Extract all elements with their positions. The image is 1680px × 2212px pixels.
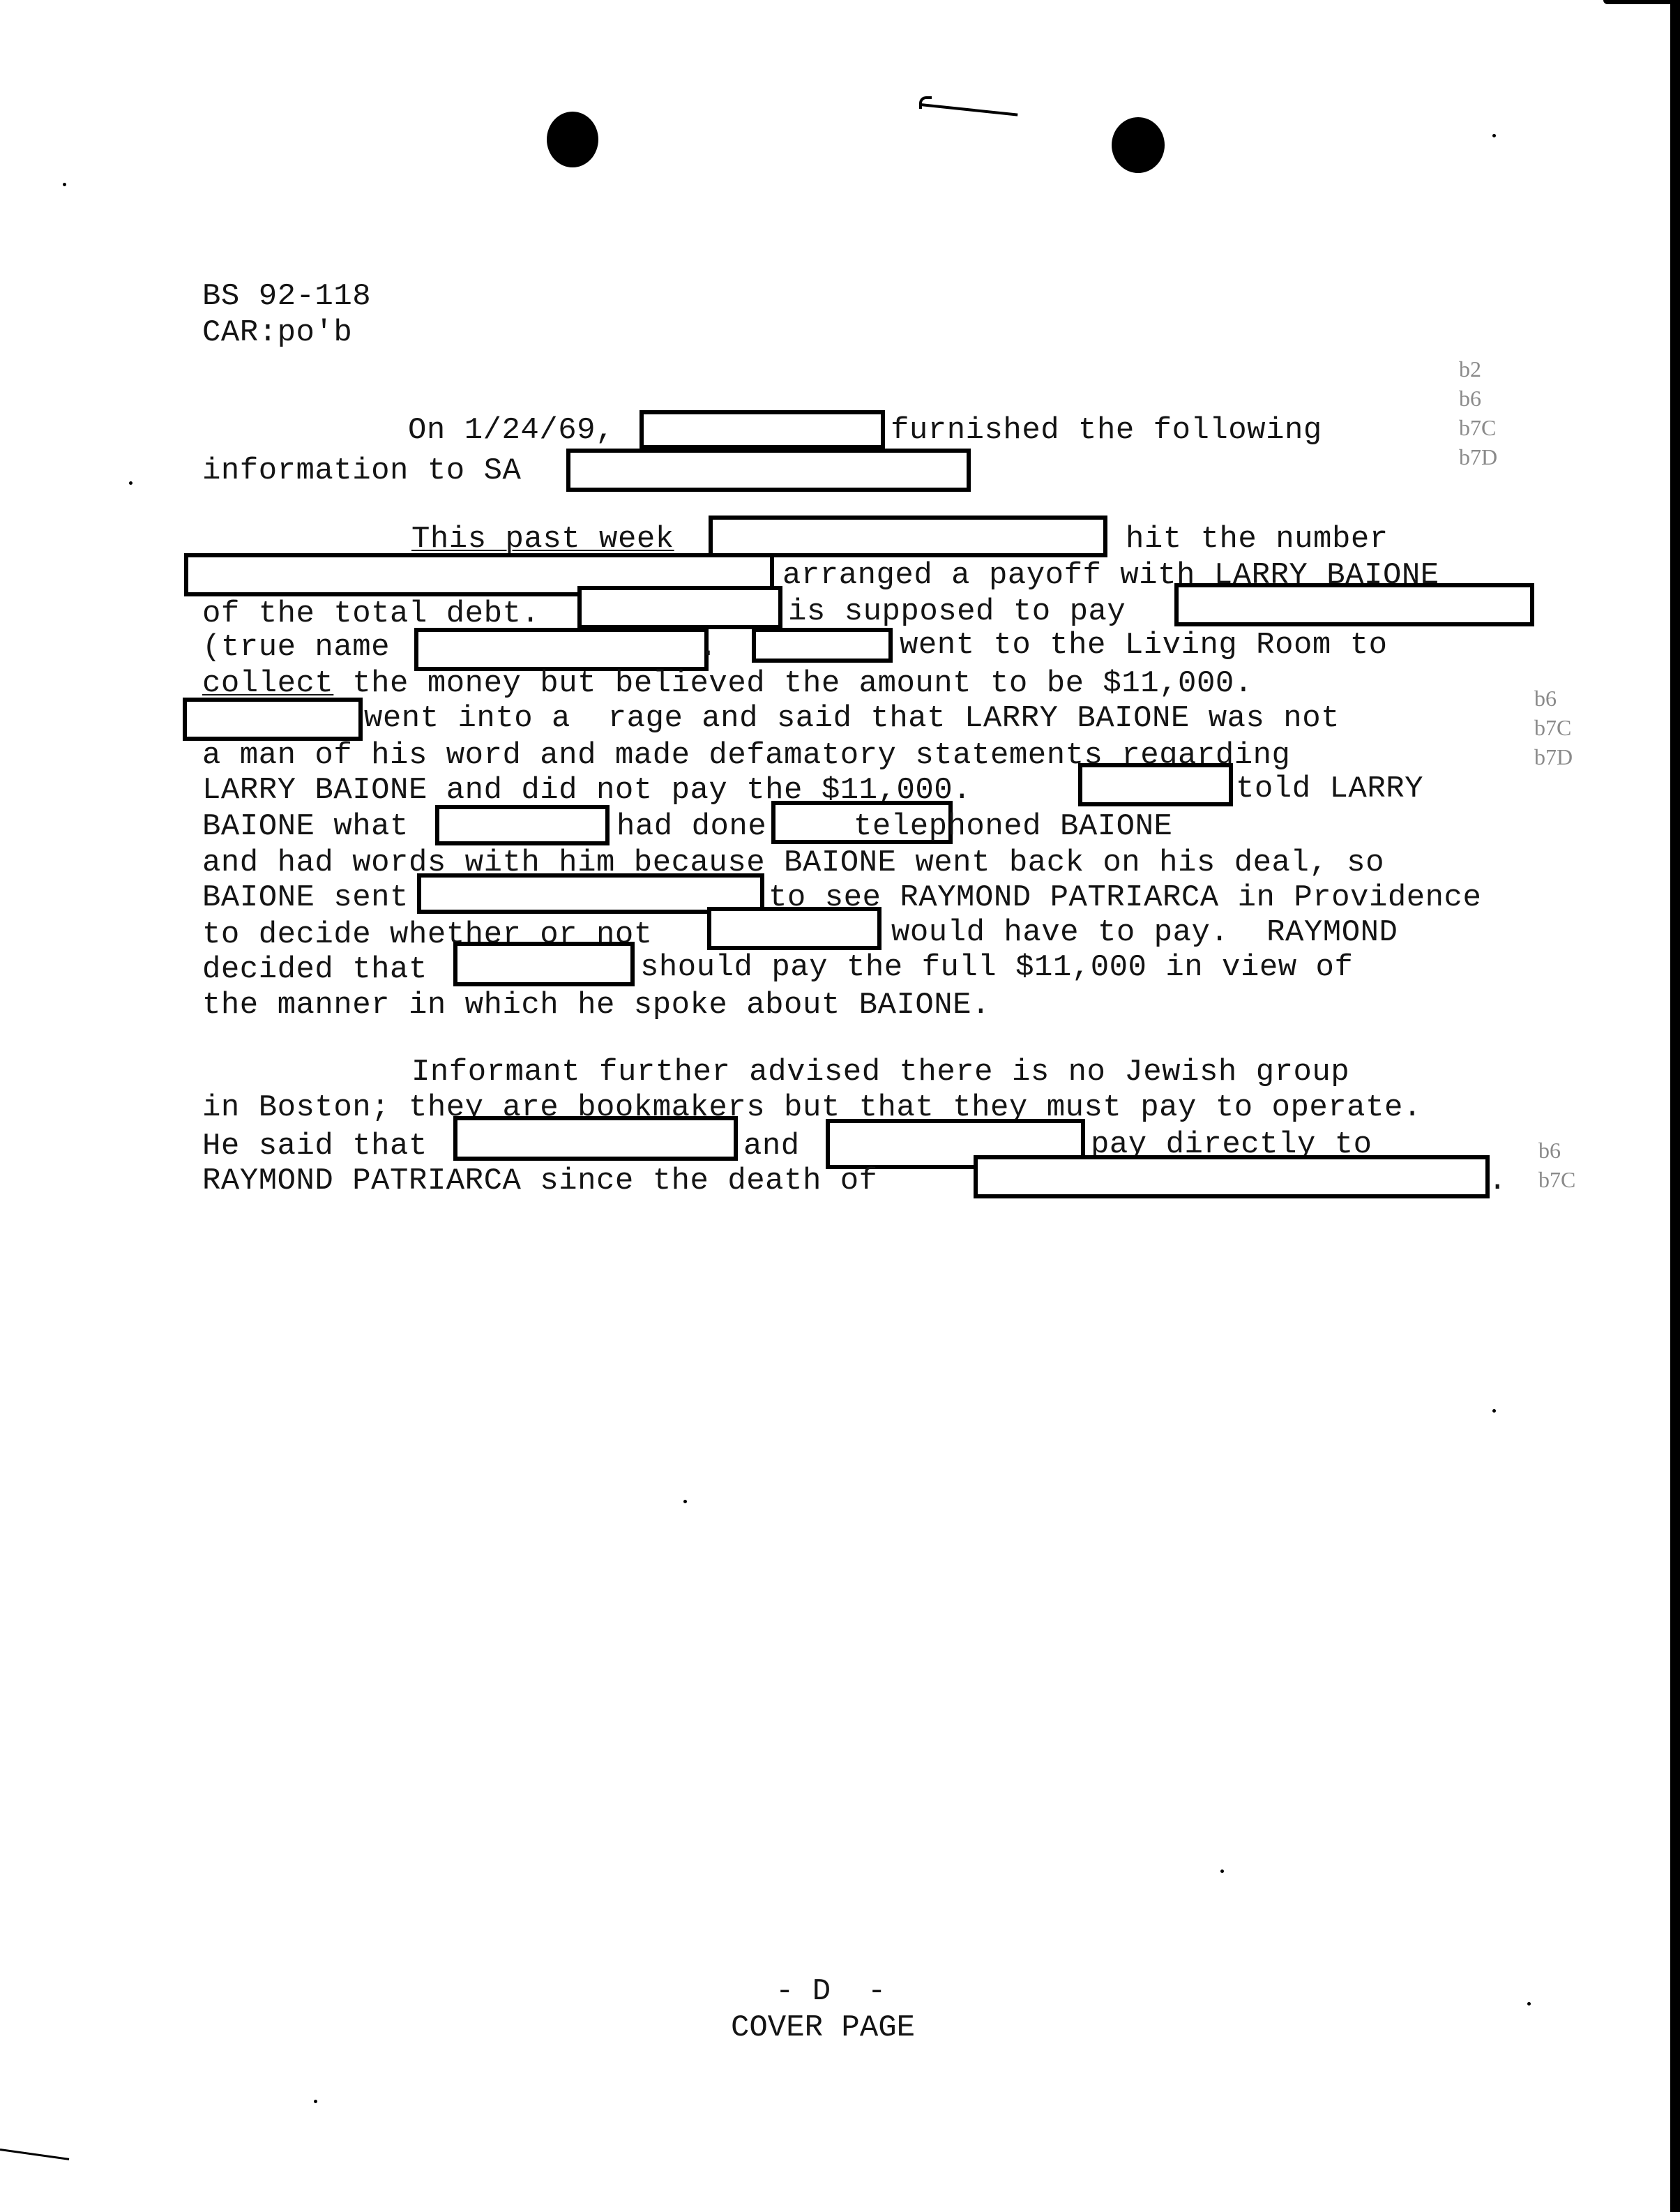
p3-l4-b: . <box>1488 1164 1507 1198</box>
p3-l4-a: RAYMOND PATRIARCA since the death of <box>202 1164 878 1198</box>
typist-initials: CAR:po'b <box>202 315 352 350</box>
cover-page-label: COVER PAGE <box>731 2010 915 2045</box>
redaction-box <box>183 698 363 741</box>
p2-l9-b: had done. <box>616 809 785 844</box>
p2-l5: collect the money but believed the amoun… <box>202 666 1253 701</box>
punch-hole-right <box>1112 117 1165 173</box>
p3-l3-b: and <box>743 1129 800 1164</box>
exemption-codes-1: b2 b6 b7C b7D <box>1459 354 1497 472</box>
scan-speck <box>1492 1409 1496 1413</box>
p1-line1-a: On 1/24/69, <box>408 413 614 448</box>
redaction-box <box>707 907 881 950</box>
p2-l9-a: BAIONE what <box>202 809 409 844</box>
redaction-box <box>1078 763 1233 806</box>
p2-l6-b: went into a rage and said that LARRY BAI… <box>364 701 1340 736</box>
p3-l1: Informant further advised there is no Je… <box>411 1055 1349 1090</box>
redaction-box <box>435 805 610 845</box>
p1-line1-b: furnished the following <box>891 413 1322 448</box>
p3-l2: in Boston; they are bookmakers but that … <box>202 1090 1422 1125</box>
scan-speck <box>683 1500 687 1503</box>
redaction-box <box>640 410 885 449</box>
scan-speck <box>1527 2002 1531 2006</box>
p3-l3-a: He said that <box>202 1129 427 1164</box>
p2-l5-rest: the money but believed the amount to be … <box>333 666 1253 701</box>
p1-line2-a: information to SA <box>202 453 521 488</box>
scan-edge-right <box>1670 0 1680 2212</box>
exemption-code: b7D <box>1534 742 1573 772</box>
p2-l13-b: should pay the full $11,000 in view of <box>640 950 1353 985</box>
exemption-code: b6 <box>1538 1136 1575 1165</box>
redaction-box <box>566 449 971 492</box>
redaction-box <box>414 628 709 671</box>
p2-l14: the manner in which he spoke about BAION… <box>202 988 990 1023</box>
file-number: BS 92-118 <box>202 279 371 314</box>
p2-l4-b: . <box>699 630 718 665</box>
page-marker: - D - <box>775 1974 886 2009</box>
redaction-box <box>1174 583 1534 626</box>
punch-hole-left <box>547 112 598 167</box>
p2-l13-a: decided that <box>202 952 427 987</box>
exemption-code: b7C <box>1459 413 1497 442</box>
p2-l5-first-word: collect <box>202 666 333 701</box>
scan-edge-top <box>1603 0 1680 4</box>
redaction-box <box>577 586 782 629</box>
scan-corner-line <box>0 2149 69 2160</box>
exemption-code: b6 <box>1459 384 1497 413</box>
exemption-codes-2: b6 b7C b7D <box>1534 684 1573 772</box>
scan-speck <box>63 183 66 186</box>
redaction-box <box>453 1116 738 1161</box>
p2-l1-b: hit the number <box>1126 522 1388 557</box>
scan-speck <box>314 2100 317 2103</box>
redaction-box <box>453 942 635 986</box>
p2-l12-b: would have to pay. RAYMOND <box>891 915 1398 950</box>
p2-l10: and had words with him because BAIONE we… <box>202 845 1384 880</box>
exemption-code: b2 <box>1459 354 1497 384</box>
p2-l4-c: went to the Living Room to <box>900 628 1388 663</box>
redaction-box <box>974 1155 1490 1198</box>
scan-speck <box>1492 134 1496 137</box>
p2-l3-b: is supposed to pay <box>788 594 1126 629</box>
scan-speck <box>129 481 133 485</box>
exemption-codes-3: b6 b7C <box>1538 1136 1575 1194</box>
p2-l3-a: of the total debt. <box>202 596 540 631</box>
exemption-code: b7C <box>1538 1165 1575 1194</box>
p2-l1-a: This past week <box>411 522 674 557</box>
p2-l8-b: told LARRY <box>1236 772 1423 806</box>
exemption-code: b7D <box>1459 442 1497 472</box>
redaction-box <box>709 516 1107 557</box>
p2-l11-a: BAIONE sent <box>202 880 409 915</box>
document-page: BS 92-118 CAR:po'b b2 b6 b7C b7D On 1/24… <box>0 0 1680 2212</box>
p2-l4-a: (true name <box>202 630 390 665</box>
exemption-code: b6 <box>1534 684 1573 713</box>
redaction-box <box>752 628 893 663</box>
exemption-code: b7C <box>1534 713 1573 742</box>
scan-speck <box>1220 1869 1224 1873</box>
p2-l9-c: telephoned BAIONE <box>854 809 1172 844</box>
pen-mark <box>921 103 1018 116</box>
